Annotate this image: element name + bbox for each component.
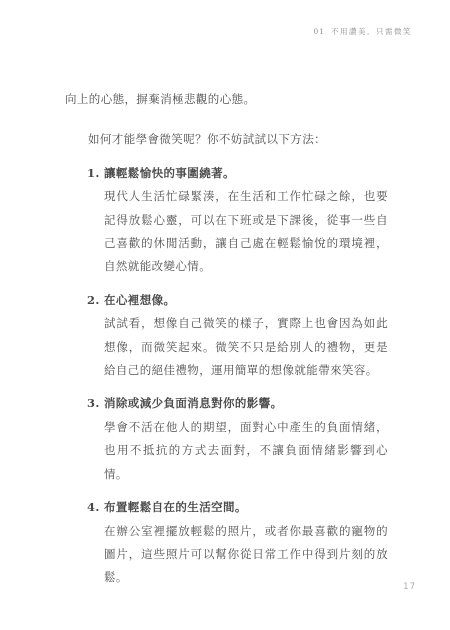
chapter-title: 不用讚美．只需微笑 xyxy=(331,27,412,36)
question-paragraph: 如何才能學會微笑呢？你不妨試試以下方法： xyxy=(65,128,388,151)
tip-heading-text: 布置輕鬆自在的生活空間。 xyxy=(104,500,247,514)
tip-body: 現代人生活忙碌緊湊，在生活和工作忙碌之餘，也要記得放鬆心靈，可以在下班或是下課後… xyxy=(65,185,388,279)
tip-item-3: 3.消除或減少負面消息對你的影響。 學會不活在他人的期望，面對心中產生的負面情緒… xyxy=(65,392,388,486)
tip-heading: 3.消除或減少負面消息對你的影響。 xyxy=(65,392,388,415)
page-content: 向上的心態，摒棄消極悲觀的心態。 如何才能學會微笑呢？你不妨試試以下方法： 1.… xyxy=(65,88,388,590)
running-header: 01不用讚美．只需微笑 xyxy=(313,26,412,37)
tip-number: 3. xyxy=(87,392,104,415)
tip-body: 在辦公室裡擺放輕鬆的照片，或者你最喜歡的寵物的圖片，這些照片可以幫你從日常工作中… xyxy=(65,520,388,590)
tip-body: 學會不活在他人的期望，面對心中產生的負面情緒，也用不抵抗的方式去面對，不讓負面情… xyxy=(65,416,388,486)
tip-heading: 2.在心裡想像。 xyxy=(65,289,388,312)
book-page: 01不用讚美．只需微笑 向上的心態，摒棄消極悲觀的心態。 如何才能學會微笑呢？你… xyxy=(0,0,450,630)
page-number: 17 xyxy=(403,582,416,592)
tip-item-2: 2.在心裡想像。 試試看，想像自己微笑的樣子，實際上也會因為如此想像，而微笑起來… xyxy=(65,289,388,383)
tip-item-4: 4.布置輕鬆自在的生活空間。 在辦公室裡擺放輕鬆的照片，或者你最喜歡的寵物的圖片… xyxy=(65,496,388,590)
tip-heading-text: 消除或減少負面消息對你的影響。 xyxy=(104,396,283,410)
chapter-number: 01 xyxy=(313,27,325,36)
tip-number: 4. xyxy=(87,496,104,519)
tip-number: 1. xyxy=(87,162,104,185)
tip-heading-text: 在心裡想像。 xyxy=(104,293,175,307)
tip-list: 1.讓輕鬆愉快的事圍繞著。 現代人生活忙碌緊湊，在生活和工作忙碌之餘，也要記得放… xyxy=(65,162,388,590)
tip-heading: 4.布置輕鬆自在的生活空間。 xyxy=(65,496,388,519)
tip-body: 試試看，想像自己微笑的樣子，實際上也會因為如此想像，而微笑起來。微笑不只是給別人… xyxy=(65,312,388,382)
tip-item-1: 1.讓輕鬆愉快的事圍繞著。 現代人生活忙碌緊湊，在生活和工作忙碌之餘，也要記得放… xyxy=(65,162,388,279)
tip-heading-text: 讓輕鬆愉快的事圍繞著。 xyxy=(104,166,235,180)
tip-number: 2. xyxy=(87,289,104,312)
intro-paragraph: 向上的心態，摒棄消極悲觀的心態。 xyxy=(65,88,388,111)
tip-heading: 1.讓輕鬆愉快的事圍繞著。 xyxy=(65,162,388,185)
